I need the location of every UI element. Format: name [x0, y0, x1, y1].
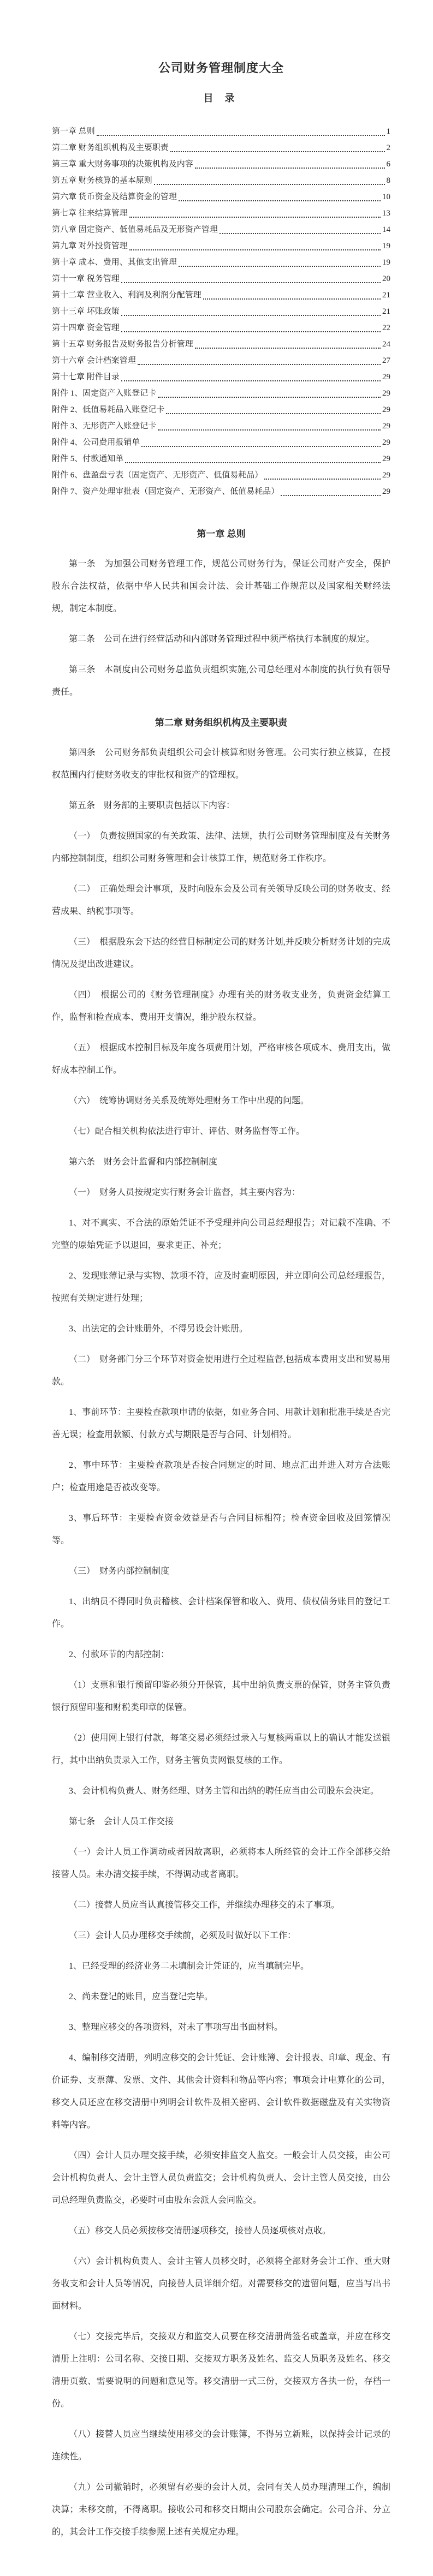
toc-page-number: 21 [382, 287, 390, 303]
paragraph: （一） 财务人员按规定实行财务会计监督，其主要内容为： [52, 1181, 390, 1204]
paragraph: （七）配合相关机构依法进行审计、评估、财务监督等工作。 [52, 1120, 390, 1143]
paragraph: （七）交接完毕后，交接双方和监交人员要在移交清册尚签名或盖章，并应在移交清册上注… [52, 2326, 390, 2415]
paragraph: 2、尚未登记的账目，应当登记完毕。 [52, 1986, 390, 2008]
toc-entry-label: 第六章 货币资金及结算资金的管理 [52, 189, 177, 205]
document-body: 第一章 总则第一条 为加强公司财务管理工作，规范公司财务行为，保证公司财产安全，… [52, 523, 390, 2543]
paragraph: （六） 统筹协调财务关系及统筹处理财务工作中出现的问题。 [52, 1090, 390, 1112]
paragraph: 第三条 本制度由公司财务总监负责组织实施,公司总经理对本制度的执行负有领导责任。 [52, 659, 390, 703]
paragraph: （五）移交人员必须按移交清册逐项移交，接替人员逐项核对点收。 [52, 2220, 390, 2242]
table-of-contents: 第一章 总则1第二章 财务组织机构及主要职责2第三章 重大财务事项的决策机构及内… [52, 123, 390, 500]
chapter-heading: 第一章 总则 [52, 523, 390, 545]
toc-entry-label: 附件 1、固定资产入账登记卡 [52, 385, 156, 402]
toc-entry: 附件 2、低值易耗品入账登记卡29 [52, 402, 390, 418]
paragraph: （三）会计人员办理移交手续前，必须及时做好以下工作： [52, 1924, 390, 1947]
toc-entry: 第十三章 坏账政策21 [52, 303, 390, 320]
toc-dot-leader [170, 151, 385, 152]
toc-entry-label: 附件 2、低值易耗品入账登记卡 [52, 402, 164, 418]
toc-dot-leader [154, 184, 385, 185]
paragraph: （二） 财务部门分三个环节对资金使用进行全过程监督,包括成本费用支出和贸易用款。 [52, 1348, 390, 1393]
toc-entry-label: 附件 4、公司费用报销单 [52, 434, 140, 451]
toc-dot-leader [125, 462, 381, 463]
paragraph: （三） 根据股东会下达的经营目标制定公司的财务计划,并反映分析财务计划的完成情况… [52, 931, 390, 976]
paragraph: （二） 正确处理会计事项，及时向股东会及公司有关领导反映公司的财务收支、经营成果… [52, 878, 390, 923]
toc-entry: 第六章 货币资金及结算资金的管理10 [52, 189, 390, 205]
toc-entry: 第一章 总则1 [52, 123, 390, 140]
paragraph: （一）会计人员工作调动或者因故离职，必须将本人所经管的会计工作全部移交给接替人员… [52, 1841, 390, 1886]
toc-page-number: 29 [382, 385, 390, 402]
paragraph: 第五条 财务部的主要职责包括以下内容： [52, 794, 390, 817]
toc-page-number: 29 [382, 434, 390, 451]
toc-dot-leader [121, 331, 381, 332]
paragraph: 3、会计机构负责人、财务经理、财务主管和出纳的聘任应当由公司股东会决定。 [52, 1780, 390, 1802]
toc-page-number: 1 [387, 123, 391, 140]
paragraph: 1、对不真实、不合法的原始凭证不予受理并向公司总经理报告；对记载不准确、不完整的… [52, 1212, 390, 1257]
paragraph: 第二条 公司在进行经营活动和内部财务管理过程中须严格执行本制度的规定。 [52, 628, 390, 650]
toc-entry: 附件 4、公司费用报销单29 [52, 434, 390, 451]
toc-entry-label: 第一章 总则 [52, 123, 95, 140]
paragraph: 1、事前环节：主要检查款项申请的依据，如业务合同、用款计划和批准手续是否完善无误… [52, 1401, 390, 1446]
toc-page-number: 27 [382, 352, 390, 369]
toc-entry-label: 第十五章 财务报告及财务报告分析管理 [52, 336, 193, 352]
toc-page-number: 29 [382, 418, 390, 434]
document-title: 公司财务管理制度大全 [52, 60, 390, 76]
toc-entry-label: 第十四章 资金管理 [52, 320, 120, 336]
toc-page-number: 10 [382, 189, 390, 205]
toc-dot-leader [97, 135, 385, 136]
toc-entry: 第十七章 附件目录29 [52, 369, 390, 385]
toc-entry-label: 第十七章 附件目录 [52, 369, 120, 385]
toc-dot-leader [158, 397, 381, 398]
chapter-heading: 第二章 财务组织机构及主要职责 [52, 712, 390, 734]
paragraph: （八）接替人员应当继续使用移交的会计账簿，不得另立新账，以保持会计记录的连续性。 [52, 2423, 390, 2468]
toc-dot-leader [220, 233, 381, 234]
toc-entry: 第八章 固定资产、低值易耗品及无形资产管理14 [52, 222, 390, 238]
toc-entry-label: 第二章 财务组织机构及主要职责 [52, 140, 169, 156]
paragraph: 2、付款环节的内部控制： [52, 1643, 390, 1666]
toc-entry: 附件 1、固定资产入账登记卡29 [52, 385, 390, 402]
toc-entry: 附件 6、盘盈盘亏表（固定资产、无形资产、低值易耗品）29 [52, 467, 390, 483]
paragraph: （四） 根据公司的《财务管理制度》办理有关的财务收支业务，负责资金结算工作，监督… [52, 984, 390, 1029]
toc-page-number: 29 [382, 369, 390, 385]
toc-dot-leader [195, 348, 381, 349]
paragraph: 3、出法定的会计账册外，不得另设会计账册。 [52, 1318, 390, 1340]
toc-entry: 第十二章 营业收入、利润及利润分配管理21 [52, 287, 390, 303]
toc-dot-leader [203, 298, 381, 300]
paragraph: 第一条 为加强公司财务管理工作，规范公司财务行为，保证公司财产安全，保护股东合法… [52, 553, 390, 620]
toc-page-number: 22 [382, 320, 390, 336]
toc-entry: 第七章 往来结算管理13 [52, 205, 390, 222]
toc-title: 目 录 [52, 92, 390, 105]
toc-entry: 第十四章 资金管理22 [52, 320, 390, 336]
toc-entry: 第十五章 财务报告及财务报告分析管理24 [52, 336, 390, 352]
paragraph: 第四条 公司财务部负责组织公司会计核算和财务管理。公司实行独立核算，在授权范围内… [52, 742, 390, 786]
toc-dot-leader [121, 380, 381, 381]
toc-entry-label: 第十六章 会计档案管理 [52, 352, 136, 369]
toc-page-number: 29 [382, 483, 390, 500]
paragraph: 3、事后环节：主要检查资金效益是否与合同目标相符；检查资金回收及回笼情况等。 [52, 1507, 390, 1552]
paragraph: 4、编制移交清册，列明应移交的会计凭证、会计账簿、会计报表、印章、现金、有价证券… [52, 2047, 390, 2136]
toc-entry-label: 附件 6、盘盈盘亏表（固定资产、无形资产、低值易耗品） [52, 467, 263, 483]
paragraph: 第六条 财务会计监督和内部控制制度 [52, 1151, 390, 1173]
toc-dot-leader [281, 495, 381, 496]
toc-page-number: 13 [382, 205, 390, 222]
paragraph: （二）接替人员应当认真接管移交工作，并继续办理移交的未了事项。 [52, 1894, 390, 1916]
toc-page-number: 19 [382, 254, 390, 271]
paragraph: （四）会计人员办理交接手续，必须安排监交人监交。一般会计人员交接，由公司会计机构… [52, 2144, 390, 2212]
toc-entry: 附件 5、付款通知单29 [52, 451, 390, 467]
toc-page-number: 8 [387, 172, 391, 189]
toc-entry-label: 第九章 对外投资管理 [52, 238, 128, 254]
toc-dot-leader [129, 217, 381, 218]
paragraph: （2）使用网上银行付款，每笔交易必须经过录入与复核两重以上的确认才能发送银行，其… [52, 1727, 390, 1772]
paragraph: 1、出纳员不得同时负责稽核、会计档案保管和收入、费用、债权债务账目的登记工作。 [52, 1591, 390, 1635]
toc-dot-leader [179, 266, 381, 267]
toc-entry: 第三章 重大财务事项的决策机构及内容6 [52, 156, 390, 172]
toc-entry-label: 第七章 往来结算管理 [52, 205, 128, 222]
paragraph: 第七条 会计人员工作交接 [52, 1810, 390, 1833]
paragraph: （五） 根据成本控制目标及年度各项费用计划，严格审核各项成本、费用支出，做好成本… [52, 1037, 390, 1081]
toc-dot-leader [129, 249, 381, 250]
toc-dot-leader [179, 200, 381, 201]
toc-entry-label: 第十二章 营业收入、利润及利润分配管理 [52, 287, 201, 303]
toc-page-number: 29 [382, 451, 390, 467]
toc-entry: 附件 7、资产处理审批表（固定资产、无形资产、低值易耗品）29 [52, 483, 390, 500]
toc-page-number: 20 [382, 271, 390, 287]
toc-entry-label: 第十三章 坏账政策 [52, 303, 120, 320]
toc-page-number: 29 [382, 467, 390, 483]
toc-entry-label: 第十一章 税务管理 [52, 271, 120, 287]
toc-dot-leader [121, 315, 381, 316]
toc-entry: 第十六章 会计档案管理27 [52, 352, 390, 369]
paragraph: 2、发现账薄记录与实物、款项不符，应及时查明原因，并立即向公司总经理报告，按照有… [52, 1265, 390, 1310]
toc-entry-label: 第五章 财务核算的基本原则 [52, 172, 152, 189]
toc-page-number: 6 [387, 156, 391, 172]
toc-entry: 第十章 成本、费用、其他支出管理19 [52, 254, 390, 271]
paragraph: （三） 财务内部控制制度 [52, 1560, 390, 1582]
paragraph: （六）会计机构负责人、会计主管人员移交时，必须将全部财务会计工作、重大财务收支和… [52, 2250, 390, 2317]
toc-entry: 第十一章 税务管理20 [52, 271, 390, 287]
toc-page-number: 19 [382, 238, 390, 254]
toc-page-number: 29 [382, 402, 390, 418]
paragraph: （1）支票和银行预留印鉴必须分开保管，其中出纳负责支票的保管，财务主管负责银行预… [52, 1674, 390, 1719]
paragraph: （一） 负责按照国家的有关政策、法律、法规，执行公司财务管理制度及有关财务内部控… [52, 825, 390, 870]
paragraph: 1、已经受理的经济业务二未填制会计凭证的，应当填制完毕。 [52, 1955, 390, 1977]
paragraph: 2、事中环节：主要检查款项是否按合同规定的时间、地点汇出并进入对方合法账户；检查… [52, 1454, 390, 1499]
toc-entry-label: 第十章 成本、费用、其他支出管理 [52, 254, 177, 271]
toc-entry: 第五章 财务核算的基本原则8 [52, 172, 390, 189]
toc-entry: 第九章 对外投资管理19 [52, 238, 390, 254]
document-page: 公司财务管理制度大全 目 录 第一章 总则1第二章 财务组织机构及主要职责2第三… [0, 0, 433, 2576]
toc-dot-leader [158, 429, 381, 431]
toc-entry: 附件 3、无形资产入账登记卡29 [52, 418, 390, 434]
toc-entry-label: 第三章 重大财务事项的决策机构及内容 [52, 156, 193, 172]
toc-dot-leader [195, 168, 385, 169]
toc-entry-label: 附件 3、无形资产入账登记卡 [52, 418, 156, 434]
toc-dot-leader [264, 479, 381, 480]
toc-entry: 第二章 财务组织机构及主要职责2 [52, 140, 390, 156]
toc-entry-label: 附件 7、资产处理审批表（固定资产、无形资产、低值易耗品） [52, 483, 279, 500]
toc-dot-leader [138, 364, 381, 365]
paragraph: （九）公司撤销时，必须留有必要的会计人员，会同有关人员办理清理工作，编制决算；未… [52, 2476, 390, 2543]
toc-dot-leader [121, 282, 381, 283]
toc-page-number: 14 [382, 222, 390, 238]
toc-entry-label: 第八章 固定资产、低值易耗品及无形资产管理 [52, 222, 218, 238]
toc-entry-label: 附件 5、付款通知单 [52, 451, 123, 467]
toc-page-number: 24 [382, 336, 390, 352]
toc-page-number: 21 [382, 303, 390, 320]
toc-dot-leader [166, 413, 381, 414]
toc-dot-leader [141, 446, 381, 447]
toc-page-number: 2 [387, 140, 391, 156]
paragraph: 3、整理应移交的各项资料，对未了事项写出书面材料。 [52, 2016, 390, 2039]
